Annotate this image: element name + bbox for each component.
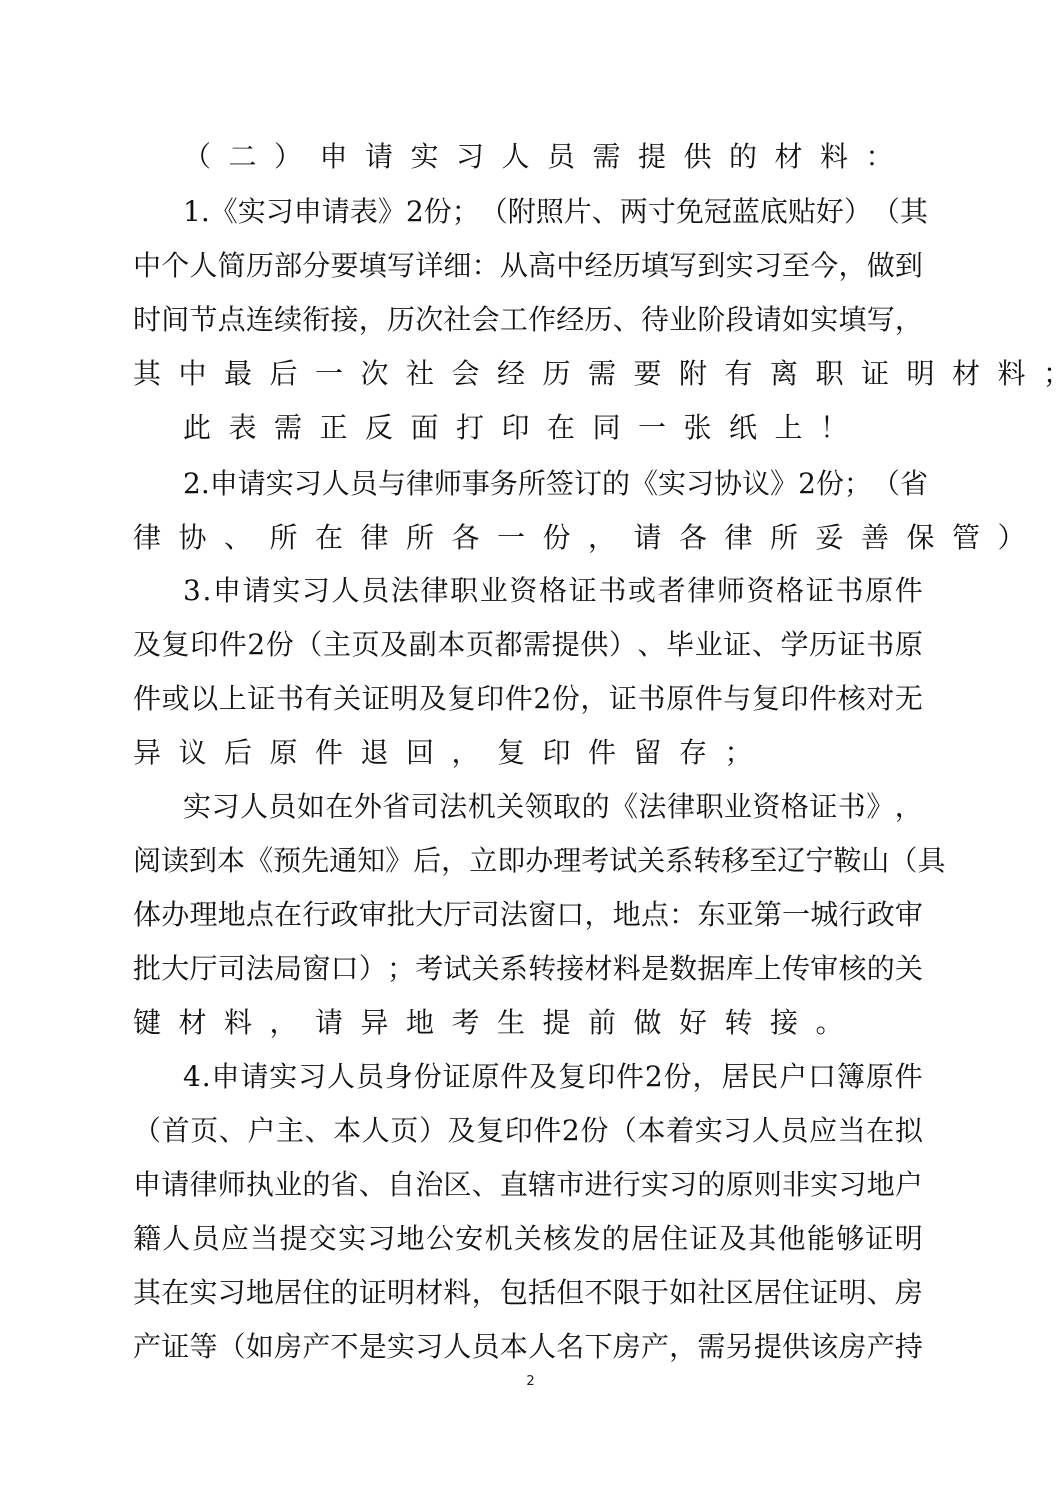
paragraph-line: 4.申请实习人员身份证原件及复印件2份，居民户口簿原件: [183, 1057, 923, 1097]
paragraph-line: 及复印件2份（主页及副本页都需提供）、毕业证、学历证书原: [133, 625, 923, 665]
paragraph-line: 申请律师执业的省、自治区、直辖市进行实习的原则非实习地户: [133, 1165, 923, 1205]
paragraph-line: 批大厅司法局窗口）；考试关系转接材料是数据库上传审核的关: [133, 949, 923, 989]
paragraph-line: 件或以上证书有关证明及复印件2份，证书原件与复印件核对无: [133, 679, 923, 719]
paragraph-line: 产证等（如房产不是实习人员本人名下房产，需另提供该房产持: [133, 1327, 923, 1367]
paragraph-line: 籍人员应当提交实习地公安机关核发的居住证及其他能够证明: [133, 1219, 923, 1259]
paragraph-line: 阅读到本《预先通知》后，立即办理考试关系转移至辽宁鞍山（具: [133, 841, 923, 881]
paragraph-line: （首页、户主、本人页）及复印件2份（本着实习人员应当在拟: [133, 1111, 923, 1151]
paragraph-line: 3.申请实习人员法律职业资格证书或者律师资格证书原件: [183, 571, 923, 611]
paragraph-line: 异议后原件退回，复印件留存；: [133, 733, 923, 773]
paragraph-line: 实习人员如在外省司法机关领取的《法律职业资格证书》，: [183, 787, 923, 827]
page-number: 2: [0, 1374, 1061, 1389]
paragraph-line: 其在实习地居住的证明材料，包括但不限于如社区居住证明、房: [133, 1273, 923, 1313]
paragraph-line: 中个人简历部分要填写详细：从高中经历填写到实习至今，做到: [133, 246, 923, 286]
print-note: 此表需正反面打印在同一张纸上！: [183, 408, 923, 448]
paragraph-line: 2.申请实习人员与律师事务所签订的《实习协议》2份；（省: [183, 464, 923, 504]
paragraph-line: 律协、所在律所各一份，请各律所妥善保管）: [133, 518, 923, 558]
paragraph-line: 体办理地点在行政审批大厅司法窗口，地点：东亚第一城行政审: [133, 895, 923, 935]
section-heading: （二）申请实习人员需提供的材料：: [183, 137, 923, 177]
paragraph-line: 时间节点连续衔接，历次社会工作经历、待业阶段请如实填写，: [133, 300, 923, 340]
paragraph-line: 1.《实习申请表》2份；（附照片、两寸免冠蓝底贴好）（其: [183, 192, 923, 232]
paragraph-line: 其中最后一次社会经历需要附有离职证明材料；）: [133, 354, 923, 394]
document-page: （二）申请实习人员需提供的材料： 1.《实习申请表》2份；（附照片、两寸免冠蓝底…: [0, 0, 1061, 1500]
paragraph-line: 键材料，请异地考生提前做好转接。: [133, 1003, 923, 1043]
